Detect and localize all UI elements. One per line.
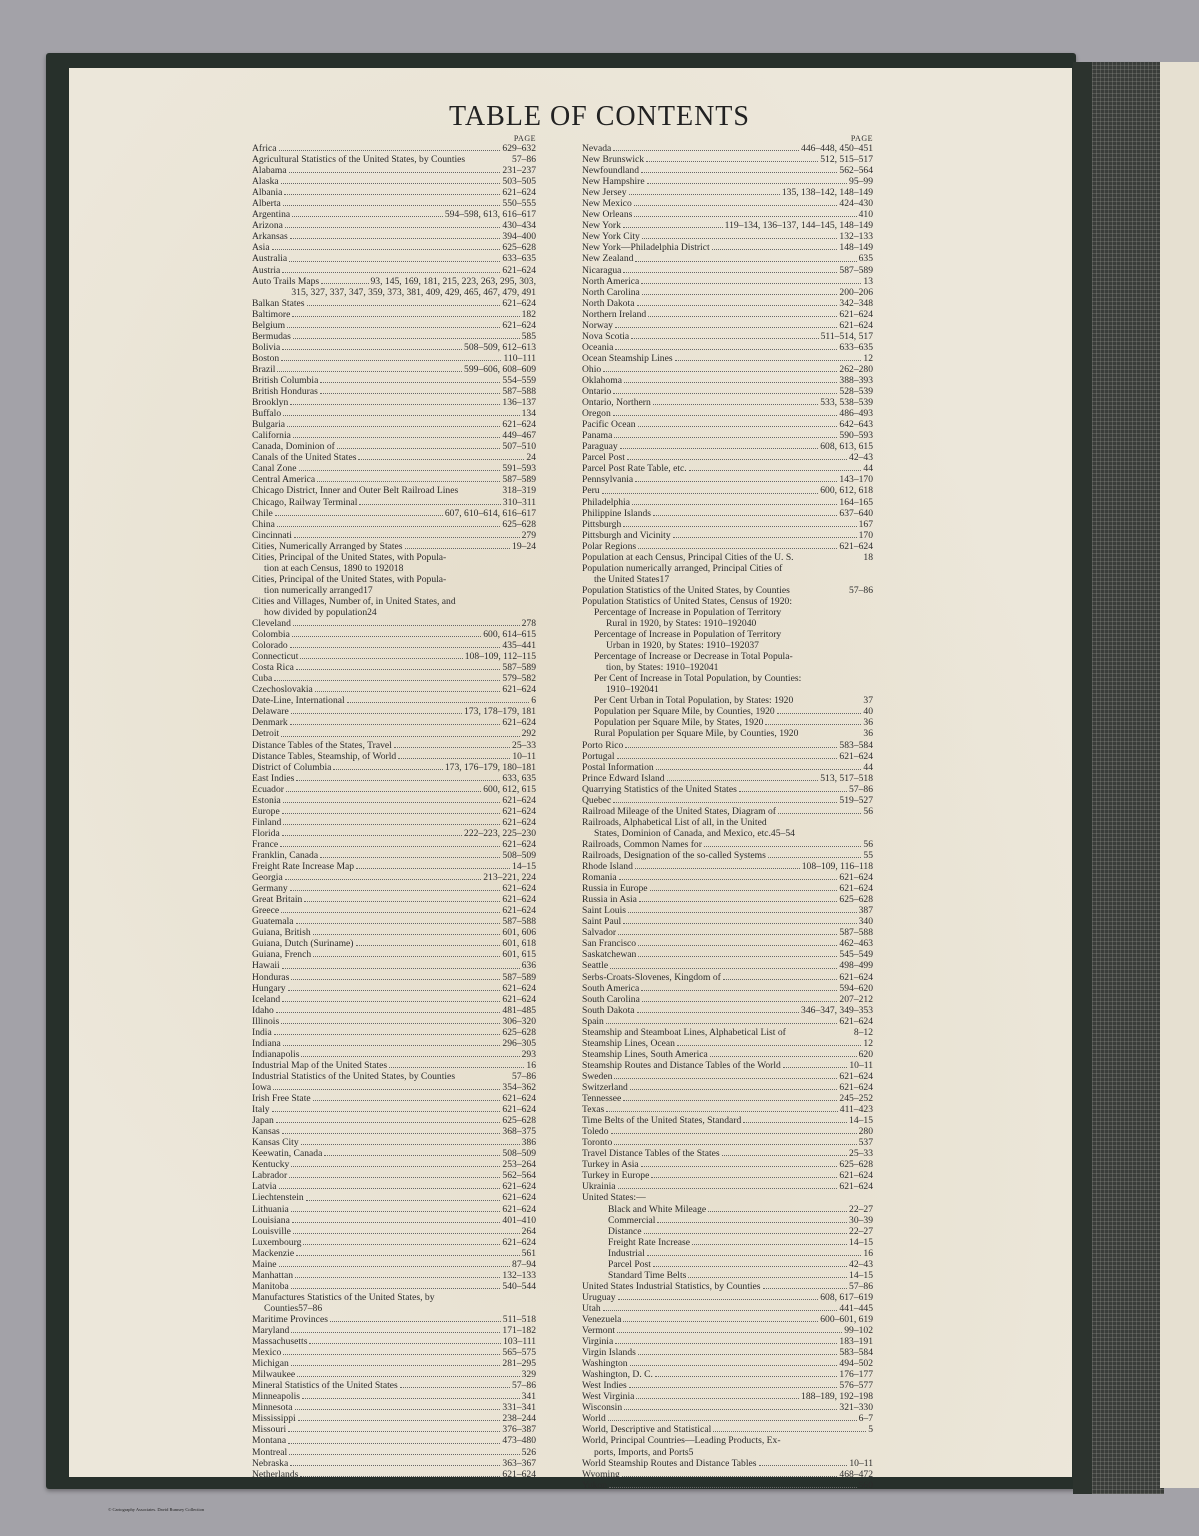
toc-entry[interactable]: Distance22–27 bbox=[582, 1226, 873, 1237]
entry-label: Montana bbox=[252, 1435, 286, 1446]
toc-entry[interactable]: British Honduras587–588 bbox=[252, 386, 536, 397]
toc-entry[interactable]: Ontario528–539 bbox=[582, 386, 873, 397]
toc-entry[interactable]: Manitoba540–544 bbox=[252, 1281, 536, 1292]
toc-entry[interactable]: Kansas368–375 bbox=[252, 1126, 536, 1137]
toc-entry[interactable]: Railroads, Common Names for56 bbox=[582, 839, 873, 850]
toc-entry[interactable]: Manufactures Statistics of the United St… bbox=[252, 1292, 536, 1314]
toc-entry[interactable]: Pacific Ocean642–643 bbox=[582, 419, 873, 430]
toc-entry[interactable]: Salvador587–588 bbox=[582, 927, 873, 938]
toc-entry[interactable]: World6–7 bbox=[582, 1413, 873, 1424]
toc-entry[interactable]: Railroad Mileage of the United States, D… bbox=[582, 806, 873, 817]
entry-label: Kansas City bbox=[252, 1137, 299, 1148]
leader-dots bbox=[282, 813, 501, 814]
toc-entry[interactable]: Ukrainia621–624 bbox=[582, 1181, 873, 1192]
toc-entry[interactable]: Seattle498–499 bbox=[582, 960, 873, 971]
toc-entry[interactable]: South Dakota346–347, 349–353 bbox=[582, 1005, 873, 1016]
toc-entry[interactable]: Agricultural Statistics of the United St… bbox=[252, 154, 536, 165]
toc-entry[interactable]: Milwaukee329 bbox=[252, 1369, 536, 1380]
toc-entry[interactable]: Alaska503–505 bbox=[252, 176, 536, 187]
toc-entry[interactable]: Asia625–628 bbox=[252, 242, 536, 253]
toc-entry[interactable]: Greece621–624 bbox=[252, 905, 536, 916]
toc-entry[interactable]: Costa Rica587–589 bbox=[252, 662, 536, 673]
toc-entry[interactable]: Philadelphia164–165 bbox=[582, 497, 873, 508]
toc-entry[interactable]: Africa629–632 bbox=[252, 143, 536, 154]
entry-page: 17 bbox=[363, 585, 373, 596]
toc-entry[interactable]: Serbs-Croats-Slovenes, Kingdom of621–624 bbox=[582, 972, 873, 983]
toc-entry[interactable]: Montreal526 bbox=[252, 1447, 536, 1458]
toc-entry[interactable]: New Brunswick512, 515–517 bbox=[582, 154, 873, 165]
toc-entry[interactable]: Uruguay608, 617–619 bbox=[582, 1292, 873, 1303]
toc-entry[interactable]: New Mexico424–430 bbox=[582, 198, 873, 209]
leader-dots bbox=[641, 283, 861, 284]
toc-entry[interactable]: Bulgaria621–624 bbox=[252, 419, 536, 430]
entry-page: 583–584 bbox=[839, 1347, 873, 1358]
toc-entry[interactable]: Australia633–635 bbox=[252, 253, 536, 264]
toc-entry[interactable]: Newfoundland562–564 bbox=[582, 165, 873, 176]
toc-entry[interactable]: Industrial16 bbox=[582, 1248, 873, 1259]
toc-entry[interactable]: Percentage of Increase or Decrease in To… bbox=[582, 651, 873, 673]
toc-entry[interactable]: Missouri376–387 bbox=[252, 1424, 536, 1435]
leader-dots bbox=[667, 780, 819, 781]
toc-entry[interactable]: Freight Rate Increase Map14–15 bbox=[252, 861, 536, 872]
toc-entry[interactable]: Steamship and Steamboat Lines, Alphabeti… bbox=[582, 1027, 873, 1038]
toc-entry[interactable]: Canal Zone591–593 bbox=[252, 463, 536, 474]
toc-entry[interactable]: Germany621–624 bbox=[252, 883, 536, 894]
toc-entry[interactable]: Rhode Island108–109, 116–118 bbox=[582, 861, 873, 872]
leader-dots bbox=[282, 1133, 501, 1134]
toc-entry[interactable]: Cuba579–582 bbox=[252, 673, 536, 684]
toc-entry[interactable]: Guiana, British601, 606 bbox=[252, 927, 536, 938]
entry-label: Polar Regions bbox=[582, 541, 636, 552]
toc-entry[interactable]: Boston110–111 bbox=[252, 353, 536, 364]
toc-entry[interactable]: Colorado435–441 bbox=[252, 640, 536, 651]
toc-entry[interactable]: Cities and Villages, Number of, in Unite… bbox=[252, 596, 536, 618]
toc-entry[interactable]: Russia in Asia625–628 bbox=[582, 894, 873, 905]
toc-entry[interactable]: Arkansas394–400 bbox=[252, 231, 536, 242]
toc-entry[interactable]: Black and White Mileage22–27 bbox=[582, 1204, 873, 1215]
toc-entry[interactable]: South Carolina207–212 bbox=[582, 994, 873, 1005]
leader-dots bbox=[603, 371, 837, 372]
toc-entry[interactable]: Mexico565–575 bbox=[252, 1347, 536, 1358]
toc-entry[interactable]: Per Cent of Increase in Total Population… bbox=[582, 673, 873, 695]
toc-entry[interactable]: Arizona430–434 bbox=[252, 220, 536, 231]
toc-entry[interactable]: Bermudas585 bbox=[252, 331, 536, 342]
toc-entry[interactable]: Idaho481–485 bbox=[252, 1005, 536, 1016]
toc-entry[interactable]: Romania621–624 bbox=[582, 872, 873, 883]
toc-entry[interactable]: Ocean Steamship Lines12 bbox=[582, 353, 873, 364]
entry-page: 293 bbox=[522, 1049, 536, 1060]
toc-entry[interactable]: Maine87–94 bbox=[252, 1259, 536, 1270]
entry-page: 576–577 bbox=[839, 1380, 873, 1391]
entry-page: 600–601, 619 bbox=[820, 1314, 873, 1325]
toc-entry[interactable]: Ohio262–280 bbox=[582, 364, 873, 375]
toc-entry[interactable]: Colombia600, 614–615 bbox=[252, 629, 536, 640]
toc-entry[interactable]: Luxembourg621–624 bbox=[252, 1237, 536, 1248]
toc-entry[interactable]: Italy621–624 bbox=[252, 1104, 536, 1115]
toc-entry[interactable]: Toledo280 bbox=[582, 1126, 873, 1137]
toc-entry[interactable]: Maritime Provinces511–518 bbox=[252, 1314, 536, 1325]
toc-entry[interactable]: New Hampshire95–99 bbox=[582, 176, 873, 187]
toc-entry[interactable]: Iowa354–362 bbox=[252, 1082, 536, 1093]
toc-entry[interactable]: North Carolina200–206 bbox=[582, 287, 873, 298]
toc-entry[interactable]: Parcel Post42–43 bbox=[582, 452, 873, 463]
toc-entry[interactable]: Pittsburgh167 bbox=[582, 519, 873, 530]
leader-dots bbox=[283, 1354, 500, 1355]
toc-entry[interactable]: Latvia621–624 bbox=[252, 1181, 536, 1192]
toc-entry[interactable]: Date-Line, International6 bbox=[252, 695, 536, 706]
toc-entry[interactable]: Brooklyn136–137 bbox=[252, 397, 536, 408]
toc-entry[interactable]: Norway621–624 bbox=[582, 320, 873, 331]
toc-entry[interactable]: Northern Ireland621–624 bbox=[582, 309, 873, 320]
toc-entry[interactable]: Toronto537 bbox=[582, 1137, 873, 1148]
toc-entry[interactable]: Oceania633–635 bbox=[582, 342, 873, 353]
toc-entry[interactable]: Postal Information44 bbox=[582, 762, 873, 773]
toc-entry[interactable]: Cities, Principal of the United States, … bbox=[252, 574, 536, 596]
toc-entry[interactable]: Delaware173, 178–179, 181 bbox=[252, 706, 536, 717]
toc-entry[interactable]: Auto Trails Maps93, 145, 169, 181, 215, … bbox=[252, 276, 536, 298]
toc-entry[interactable]: Polar Regions621–624 bbox=[582, 541, 873, 552]
toc-entry[interactable]: West Virginia188–189, 192–198 bbox=[582, 1391, 873, 1402]
toc-entry[interactable]: United States Industrial Statistics, by … bbox=[582, 1281, 873, 1292]
toc-entry[interactable]: World Steamship Routes and Distance Tabl… bbox=[582, 1458, 873, 1469]
toc-entry[interactable]: Freight Rate Increase14–15 bbox=[582, 1237, 873, 1248]
entry-page: 30–39 bbox=[849, 1215, 873, 1226]
toc-entry[interactable]: China625–628 bbox=[252, 519, 536, 530]
toc-entry[interactable]: Guiana, French601, 615 bbox=[252, 949, 536, 960]
toc-entry[interactable]: Hungary621–624 bbox=[252, 983, 536, 994]
toc-entry[interactable]: Keewatin, Canada508–509 bbox=[252, 1148, 536, 1159]
entry-page: 310–311 bbox=[503, 497, 536, 508]
toc-entry[interactable]: Illinois306–320 bbox=[252, 1016, 536, 1027]
toc-entry[interactable]: North Dakota342–348 bbox=[582, 298, 873, 309]
toc-entry[interactable]: Wisconsin321–330 bbox=[582, 1402, 873, 1413]
leader-dots bbox=[281, 183, 501, 184]
toc-entry[interactable]: Railroads, Designation of the so-called … bbox=[582, 850, 873, 861]
toc-entry[interactable]: Vermont99–102 bbox=[582, 1325, 873, 1336]
toc-entry[interactable]: Argentina594–598, 613, 616–617 bbox=[252, 209, 536, 220]
toc-entry[interactable]: New York City132–133 bbox=[582, 231, 873, 242]
toc-entry[interactable]: Balkan States621–624 bbox=[252, 298, 536, 309]
toc-entry[interactable]: Czechoslovakia621–624 bbox=[252, 684, 536, 695]
toc-entry[interactable]: Iceland621–624 bbox=[252, 994, 536, 1005]
entry-label: World, Descriptive and Statistical bbox=[582, 1424, 711, 1435]
entry-label: Percentage of Increase or Decrease in To… bbox=[594, 651, 793, 662]
toc-entry[interactable]: Russia in Europe621–624 bbox=[582, 883, 873, 894]
toc-entry[interactable]: Tennessee245–252 bbox=[582, 1093, 873, 1104]
toc-entry[interactable]: Parcel Post Rate Table, etc.44 bbox=[582, 463, 873, 474]
entry-label: Industrial Statistics of the United Stat… bbox=[252, 1071, 455, 1082]
toc-entry[interactable]: Prince Edward Island513, 517–518 bbox=[582, 773, 873, 784]
entry-page: 507–510 bbox=[502, 441, 536, 452]
leader-dots bbox=[290, 238, 501, 239]
toc-entry[interactable]: Brazil599–606, 608–609 bbox=[252, 364, 536, 375]
toc-entry[interactable]: Rural Population per Square Mile, by Cou… bbox=[582, 728, 873, 739]
toc-entry[interactable]: Population per Square Mile, by States, 1… bbox=[582, 717, 873, 728]
toc-entry[interactable]: Sweden621–624 bbox=[582, 1071, 873, 1082]
toc-entry[interactable]: North America13 bbox=[582, 276, 873, 287]
leader-dots bbox=[646, 161, 818, 162]
entry-page: 468–472 bbox=[839, 1469, 873, 1480]
entry-page: 540–544 bbox=[502, 1281, 536, 1292]
toc-entry[interactable]: Washington, D. C.176–177 bbox=[582, 1369, 873, 1380]
toc-entry[interactable]: Oklahoma388–393 bbox=[582, 375, 873, 386]
entry-label: Costa Rica bbox=[252, 662, 294, 673]
toc-entry[interactable]: Canals of the United States24 bbox=[252, 452, 536, 463]
toc-entry[interactable]: India625–628 bbox=[252, 1027, 536, 1038]
leader-dots bbox=[622, 1476, 838, 1477]
toc-entry[interactable]: Wyoming468–472 bbox=[582, 1469, 873, 1480]
entry-label: Freight Rate Increase bbox=[608, 1237, 690, 1248]
toc-entry[interactable]: Switzerland621–624 bbox=[582, 1082, 873, 1093]
entry-page: 44 bbox=[863, 463, 873, 474]
toc-entry[interactable]: Yukon560 bbox=[582, 1480, 873, 1491]
entry-label: Peru bbox=[582, 485, 600, 496]
toc-entry[interactable]: Population Statistics of the United Stat… bbox=[582, 585, 873, 596]
toc-entry[interactable]: Population per Square Mile, by Counties,… bbox=[582, 706, 873, 717]
toc-entry[interactable]: Portugal621–624 bbox=[582, 751, 873, 762]
entry-page: 494–502 bbox=[839, 1358, 873, 1369]
toc-entry[interactable]: Alabama231–237 bbox=[252, 165, 536, 176]
toc-entry[interactable]: Kentucky253–264 bbox=[252, 1159, 536, 1170]
toc-entry[interactable]: Quarrying Statistics of the United State… bbox=[582, 784, 873, 795]
entry-page: 533, 538–539 bbox=[820, 397, 873, 408]
toc-entry[interactable]: Virgin Islands583–584 bbox=[582, 1347, 873, 1358]
toc-entry[interactable]: Industrial Statistics of the United Stat… bbox=[252, 1071, 536, 1082]
toc-entry[interactable]: United States:— bbox=[582, 1192, 873, 1203]
toc-entry[interactable]: Population at each Census, Principal Cit… bbox=[582, 552, 873, 563]
entry-page: 642–643 bbox=[839, 419, 873, 430]
toc-entry[interactable]: Labrador562–564 bbox=[252, 1170, 536, 1181]
toc-entry[interactable]: New York—Philadelphia District148–149 bbox=[582, 242, 873, 253]
entry-page: 341 bbox=[522, 1391, 536, 1402]
toc-entry[interactable]: Ecuador600, 612, 615 bbox=[252, 784, 536, 795]
toc-entry[interactable]: Panama590–593 bbox=[582, 430, 873, 441]
toc-entry[interactable]: Connecticut108–109, 112–115 bbox=[252, 651, 536, 662]
toc-entry[interactable]: Georgia213–221, 224 bbox=[252, 872, 536, 883]
toc-entry[interactable]: Lithuania621–624 bbox=[252, 1204, 536, 1215]
entry-page: 562–564 bbox=[839, 165, 873, 176]
toc-entry[interactable]: Cincinnati279 bbox=[252, 530, 536, 541]
toc-entry[interactable]: Venezuela600–601, 619 bbox=[582, 1314, 873, 1325]
toc-entry[interactable]: New Orleans410 bbox=[582, 209, 873, 220]
toc-entry[interactable]: Distance Tables, Steamship, of World10–1… bbox=[252, 751, 536, 762]
toc-entry[interactable]: Texas411–423 bbox=[582, 1104, 873, 1115]
leader-dots bbox=[309, 1343, 501, 1344]
toc-entry[interactable]: East Indies633, 635 bbox=[252, 773, 536, 784]
toc-entry[interactable]: Nova Scotia511–514, 517 bbox=[582, 331, 873, 342]
toc-entry[interactable]: Baltimore182 bbox=[252, 309, 536, 320]
entry-page: 621–624 bbox=[839, 972, 873, 983]
toc-entry[interactable]: Manhattan132–133 bbox=[252, 1270, 536, 1281]
toc-entry[interactable]: Saint Paul340 bbox=[582, 916, 873, 927]
toc-entry[interactable]: Oregon486–493 bbox=[582, 408, 873, 419]
entry-label: Per Cent of Increase in Total Population… bbox=[594, 673, 801, 684]
toc-entry[interactable]: Mackenzie561 bbox=[252, 1248, 536, 1259]
entry-page: 10–11 bbox=[849, 1060, 873, 1071]
toc-entry[interactable]: Saskatchewan545–549 bbox=[582, 949, 873, 960]
entry-page: 621–624 bbox=[839, 872, 873, 883]
leader-dots bbox=[277, 371, 462, 372]
toc-entry[interactable]: Population Statistics of United States, … bbox=[582, 596, 873, 607]
toc-entry[interactable]: Chicago District, Inner and Outer Belt R… bbox=[252, 485, 536, 496]
toc-entry[interactable]: Nebraska363–367 bbox=[252, 1458, 536, 1469]
toc-entry[interactable]: World, Descriptive and Statistical5 bbox=[582, 1424, 873, 1435]
toc-entry[interactable]: Europe621–624 bbox=[252, 806, 536, 817]
toc-entry[interactable]: Washington494–502 bbox=[582, 1358, 873, 1369]
toc-entry[interactable]: Railroads, Alphabetical List of all, in … bbox=[582, 817, 873, 839]
toc-entry[interactable]: Saint Louis387 bbox=[582, 905, 873, 916]
toc-column-left: PAGE Africa629–632Agricultural Statistic… bbox=[252, 134, 536, 1480]
entry-page: 318–319 bbox=[502, 485, 536, 496]
toc-entry[interactable]: Parcel Post42–43 bbox=[582, 1259, 873, 1270]
toc-entry[interactable]: District of Columbia173, 176–179, 180–18… bbox=[252, 762, 536, 773]
toc-entry[interactable]: Distance Tables of the States, Travel25–… bbox=[252, 740, 536, 751]
leader-dots bbox=[637, 305, 838, 306]
toc-entry[interactable]: California449–467 bbox=[252, 430, 536, 441]
toc-entry[interactable]: Canada, Dominion of507–510 bbox=[252, 441, 536, 452]
toc-entry[interactable]: Cleveland278 bbox=[252, 618, 536, 629]
toc-entry[interactable]: Irish Free State621–624 bbox=[252, 1093, 536, 1104]
toc-entry[interactable]: Minneapolis341 bbox=[252, 1391, 536, 1402]
toc-entry[interactable]: New Zealand635 bbox=[582, 253, 873, 264]
leader-dots bbox=[281, 1023, 500, 1024]
toc-entry[interactable]: Detroit292 bbox=[252, 728, 536, 739]
toc-entry[interactable]: Mississippi238–244 bbox=[252, 1413, 536, 1424]
toc-entry[interactable]: Guiana, Dutch (Suriname)601, 618 bbox=[252, 938, 536, 949]
entry-label: Oregon bbox=[582, 408, 611, 419]
leader-dots bbox=[293, 338, 520, 339]
entry-label: Ontario, Northern bbox=[582, 397, 651, 408]
toc-entry[interactable]: Finland621–624 bbox=[252, 817, 536, 828]
toc-entry[interactable]: Quebec519–527 bbox=[582, 795, 873, 806]
toc-entry[interactable]: Paraguay608, 613, 615 bbox=[582, 441, 873, 452]
toc-entry[interactable]: Spain621–624 bbox=[582, 1016, 873, 1027]
toc-entry[interactable]: Belgium621–624 bbox=[252, 320, 536, 331]
toc-entry[interactable]: Louisville264 bbox=[252, 1226, 536, 1237]
toc-entry[interactable]: New Jersey135, 138–142, 148–149 bbox=[582, 187, 873, 198]
toc-entry[interactable]: Commercial30–39 bbox=[582, 1215, 873, 1226]
toc-entry[interactable]: France621–624 bbox=[252, 839, 536, 850]
toc-entry[interactable]: Indiana296–305 bbox=[252, 1038, 536, 1049]
entry-label: South America bbox=[582, 983, 639, 994]
toc-entry[interactable]: Peru600, 612, 618 bbox=[582, 485, 873, 496]
toc-entry[interactable]: Alberta550–555 bbox=[252, 198, 536, 209]
entry-page: 279 bbox=[522, 530, 536, 541]
toc-entry[interactable]: British Columbia554–559 bbox=[252, 375, 536, 386]
leader-dots bbox=[273, 1089, 500, 1090]
toc-entry[interactable]: Great Britain621–624 bbox=[252, 894, 536, 905]
toc-entry[interactable]: Liechtenstein621–624 bbox=[252, 1192, 536, 1203]
toc-entry[interactable]: Utah441–445 bbox=[582, 1303, 873, 1314]
entry-page: 19–24 bbox=[512, 541, 536, 552]
toc-entry[interactable]: Industrial Map of the United States16 bbox=[252, 1060, 536, 1071]
toc-entry[interactable]: West Indies576–577 bbox=[582, 1380, 873, 1391]
toc-entry[interactable]: San Francisco462–463 bbox=[582, 938, 873, 949]
toc-entry[interactable]: Albania621–624 bbox=[252, 187, 536, 198]
entry-label: Cities and Villages, Number of, in Unite… bbox=[252, 596, 456, 607]
toc-entry[interactable]: Nevada446–448, 450–451 bbox=[582, 143, 873, 154]
toc-entry[interactable]: Austria621–624 bbox=[252, 265, 536, 276]
toc-entry[interactable]: Cities, Numerically Arranged by States19… bbox=[252, 541, 536, 552]
entry-page: 519–527 bbox=[839, 795, 873, 806]
toc-entry[interactable]: Porto Rico583–584 bbox=[582, 740, 873, 751]
toc-entry[interactable]: Chile607, 610–614, 616–617 bbox=[252, 508, 536, 519]
entry-label: South Carolina bbox=[582, 994, 640, 1005]
toc-entry[interactable]: Turkey in Europe621–624 bbox=[582, 1170, 873, 1181]
toc-entry[interactable]: Michigan281–295 bbox=[252, 1358, 536, 1369]
toc-entry[interactable]: Louisiana401–410 bbox=[252, 1215, 536, 1226]
toc-entry[interactable]: Indianapolis293 bbox=[252, 1049, 536, 1060]
toc-entry[interactable]: Steamship Routes and Distance Tables of … bbox=[582, 1060, 873, 1071]
toc-entry[interactable]: Netherlands621–624 bbox=[252, 1469, 536, 1480]
toc-entry[interactable]: Travel Distance Tables of the States25–3… bbox=[582, 1148, 873, 1159]
toc-entry[interactable]: Guatemala587–588 bbox=[252, 916, 536, 927]
toc-entry[interactable]: Ontario, Northern533, 538–539 bbox=[582, 397, 873, 408]
toc-entry[interactable]: Maryland171–182 bbox=[252, 1325, 536, 1336]
toc-entry[interactable]: Percentage of Increase in Population of … bbox=[582, 607, 873, 629]
toc-entry[interactable]: New York119–134, 136–137, 144–145, 148–1… bbox=[582, 220, 873, 231]
entry-label: Louisville bbox=[252, 1226, 291, 1237]
entry-label: Labrador bbox=[252, 1170, 287, 1181]
toc-entry[interactable]: Kansas City386 bbox=[252, 1137, 536, 1148]
toc-entry[interactable]: Massachusetts103–111 bbox=[252, 1336, 536, 1347]
toc-entry[interactable]: Cities, Principal of the United States, … bbox=[252, 552, 536, 574]
toc-entry[interactable]: Hawaii636 bbox=[252, 960, 536, 971]
leader-dots bbox=[284, 194, 500, 195]
entry-label: Milwaukee bbox=[252, 1369, 295, 1380]
toc-entry[interactable]: Steamship Lines, Ocean12 bbox=[582, 1038, 873, 1049]
toc-entry[interactable]: Steamship Lines, South America620 bbox=[582, 1049, 873, 1060]
leader-dots bbox=[768, 857, 862, 858]
toc-entry[interactable]: Standard Time Belts14–15 bbox=[582, 1270, 873, 1281]
toc-entry[interactable]: Per Cent Urban in Total Population, by S… bbox=[582, 695, 873, 706]
toc-entry[interactable]: Florida222–223, 225–230 bbox=[252, 828, 536, 839]
entry-label: Washington, D. C. bbox=[582, 1369, 653, 1380]
toc-entry[interactable]: Minnesota331–341 bbox=[252, 1402, 536, 1413]
toc-entry[interactable]: Buffalo134 bbox=[252, 408, 536, 419]
leader-dots bbox=[285, 227, 501, 228]
entry-page: 621–624 bbox=[839, 320, 873, 331]
toc-entry[interactable]: Pittsburgh and Vicinity170 bbox=[582, 530, 873, 541]
toc-entry[interactable]: Turkey in Asia625–628 bbox=[582, 1159, 873, 1170]
toc-entry[interactable]: Montana473–480 bbox=[252, 1435, 536, 1446]
entry-page: 6 bbox=[531, 695, 536, 706]
toc-entry[interactable]: Franklin, Canada508–509 bbox=[252, 850, 536, 861]
toc-entry[interactable]: Bolivia508–509, 612–613 bbox=[252, 342, 536, 353]
toc-entry[interactable]: Virginia183–191 bbox=[582, 1336, 873, 1347]
toc-entry[interactable]: Philippine Islands637–640 bbox=[582, 508, 873, 519]
toc-entry[interactable]: Nicaragua587–589 bbox=[582, 265, 873, 276]
entry-label: Guiana, French bbox=[252, 949, 311, 960]
toc-entry[interactable]: Denmark621–624 bbox=[252, 717, 536, 728]
toc-entry[interactable]: Honduras587–589 bbox=[252, 972, 536, 983]
toc-entry[interactable]: Population numerically arranged, Princip… bbox=[582, 563, 873, 585]
toc-entry[interactable]: Mineral Statistics of the United States5… bbox=[252, 1380, 536, 1391]
toc-entry[interactable]: Japan625–628 bbox=[252, 1115, 536, 1126]
toc-entry[interactable]: Percentage of Increase in Population of … bbox=[582, 629, 873, 651]
entry-label: Franklin, Canada bbox=[252, 850, 318, 861]
toc-entry[interactable]: Chicago, Railway Terminal310–311 bbox=[252, 497, 536, 508]
toc-entry[interactable]: Estonia621–624 bbox=[252, 795, 536, 806]
toc-entry[interactable]: Pennsylvania143–170 bbox=[582, 474, 873, 485]
entry-label: Uruguay bbox=[582, 1292, 616, 1303]
toc-entry[interactable]: Central America587–589 bbox=[252, 474, 536, 485]
toc-entry[interactable]: World, Principal Countries—Leading Produ… bbox=[582, 1435, 873, 1457]
leader-dots bbox=[653, 1266, 847, 1267]
entry-page: 511–514, 517 bbox=[821, 331, 873, 342]
toc-entry[interactable]: South America594–620 bbox=[582, 983, 873, 994]
toc-entry[interactable]: Time Belts of the United States, Standar… bbox=[582, 1115, 873, 1126]
